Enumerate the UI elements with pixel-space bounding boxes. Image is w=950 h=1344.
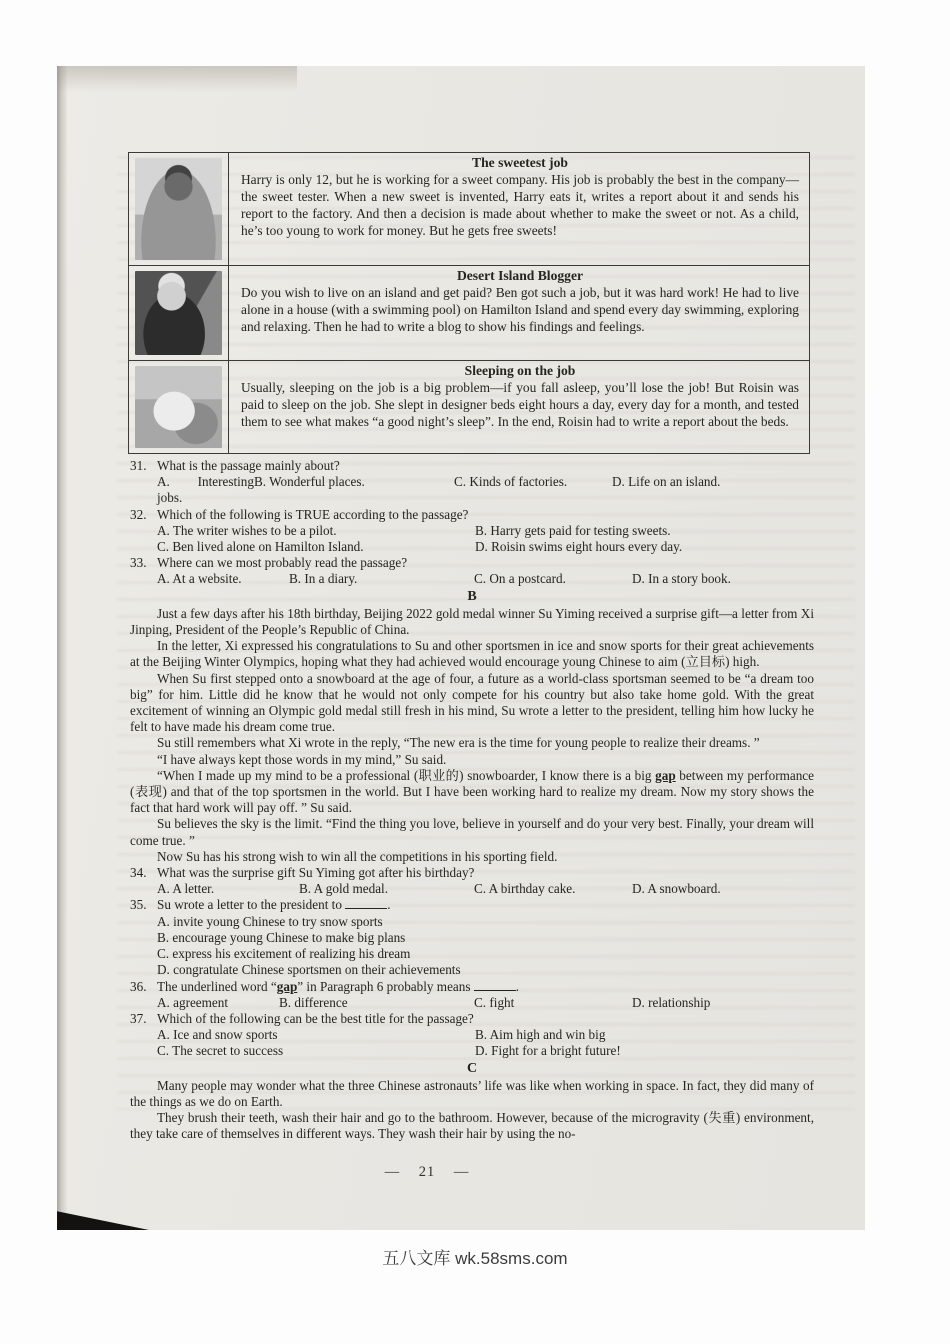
question-options: A. Ice and snow sports B. Aim high and w…: [130, 1027, 814, 1059]
blond-blogger-photo: [135, 271, 222, 355]
paragraph-text: “When I made up my mind to be a professi…: [157, 768, 655, 783]
option-d: D. In a story book.: [632, 571, 814, 587]
question-text: ” in Paragraph 6 probably means: [297, 979, 474, 994]
question-text: .: [387, 897, 390, 912]
option-b: B. Harry gets paid for testing sweets.: [475, 523, 814, 539]
table-text-cell: The sweetest job Harry is only 12, but h…: [229, 153, 809, 265]
question-stem: 33.Where can we most probably read the p…: [130, 555, 814, 571]
passage-b-paragraph: In the letter, Xi expressed his congratu…: [130, 638, 814, 670]
watermark-footer: 五八文库 wk.58sms.com: [0, 1244, 950, 1269]
question-number: 36.: [130, 979, 157, 995]
option-a: A. Interesting jobs.: [157, 474, 254, 506]
page-left-edge: [57, 66, 67, 1230]
underlined-word-gap: gap: [655, 768, 676, 783]
job-description: Harry is only 12, but he is working for …: [241, 172, 799, 240]
option-b: B. encourage young Chinese to make big p…: [157, 930, 814, 946]
question-text: Which of the following is TRUE according…: [157, 507, 468, 522]
passage-b-paragraph: Just a few days after his 18th birthday,…: [130, 606, 814, 638]
question-options: A. A letter. B. A gold medal. C. A birth…: [130, 881, 814, 897]
question-stem: 37.Which of the following can be the bes…: [130, 1011, 814, 1027]
option-a: A. agreement: [157, 995, 279, 1011]
question-31: 31.What is the passage mainly about? A. …: [130, 458, 814, 507]
table-row-island-blogger: Desert Island Blogger Do you wish to liv…: [129, 266, 809, 361]
job-description: Do you wish to live on an island and get…: [241, 285, 799, 336]
question-text: Where can we most probably read the pass…: [157, 555, 407, 570]
option-a: A. At a website.: [157, 571, 289, 587]
passage-c-paragraph: Many people may wonder what the three Ch…: [130, 1078, 814, 1110]
option-d: D. Roisin swims eight hours every day.: [475, 539, 814, 555]
passage-b-paragraph: Su still remembers what Xi wrote in the …: [130, 735, 814, 751]
job-title: Desert Island Blogger: [241, 267, 799, 285]
section-b-label: B: [130, 589, 814, 605]
question-number: 33.: [130, 555, 157, 571]
table-image-cell: [129, 153, 229, 265]
question-text: .: [516, 979, 519, 994]
question-stem: 36.The underlined word “gap” in Paragrap…: [130, 979, 814, 995]
question-stem: 34.What was the surprise gift Su Yiming …: [130, 865, 814, 881]
option-d: D. relationship: [632, 995, 814, 1011]
question-36: 36.The underlined word “gap” in Paragrap…: [130, 979, 814, 1011]
option-d: D. A snowboard.: [632, 881, 814, 897]
table-text-cell: Sleeping on the job Usually, sleeping on…: [229, 361, 809, 453]
option-c: C. On a postcard.: [474, 571, 632, 587]
table-row-sleeping-job: Sleeping on the job Usually, sleeping on…: [129, 361, 809, 453]
table-text-cell: Desert Island Blogger Do you wish to liv…: [229, 266, 809, 360]
table-row-sweetest-job: The sweetest job Harry is only 12, but h…: [129, 153, 809, 266]
option-a: A. A letter.: [157, 881, 299, 897]
option-d: D. Life on an island.: [612, 474, 814, 506]
passage-b-paragraph: Su believes the sky is the limit. “Find …: [130, 816, 814, 848]
exam-body: 31.What is the passage mainly about? A. …: [130, 458, 814, 1143]
page-top-shadow: [57, 66, 297, 92]
question-stem: 32.Which of the following is TRUE accord…: [130, 507, 814, 523]
option-a: A. invite young Chinese to try snow spor…: [157, 914, 814, 930]
table-image-cell: [129, 361, 229, 453]
option-c: C. Ben lived alone on Hamilton Island.: [157, 539, 475, 555]
passage-b-paragraph: Now Su has his strong wish to win all th…: [130, 849, 814, 865]
question-options: A. The writer wishes to be a pilot. B. H…: [130, 523, 814, 555]
job-title: The sweetest job: [241, 154, 799, 172]
job-title: Sleeping on the job: [241, 362, 799, 380]
question-37: 37.Which of the following can be the bes…: [130, 1011, 814, 1060]
question-stem: 31.What is the passage mainly about?: [130, 458, 814, 474]
jobs-table: The sweetest job Harry is only 12, but h…: [128, 152, 810, 454]
question-32: 32.Which of the following is TRUE accord…: [130, 507, 814, 556]
option-b: B. Wonderful places.: [254, 474, 454, 506]
bottom-corner-shadow: [57, 1208, 149, 1230]
option-b: B. Aim high and win big: [475, 1027, 814, 1043]
person-sleeping-photo: [135, 366, 222, 448]
section-c-label: C: [130, 1061, 814, 1077]
option-b: B. difference: [279, 995, 474, 1011]
passage-b-paragraph: When Su first stepped onto a snowboard a…: [130, 671, 814, 736]
question-options: A. invite young Chinese to try snow spor…: [130, 914, 814, 979]
option-d: D. congratulate Chinese sportsmen on the…: [157, 962, 814, 978]
question-options: A. agreement B. difference C. fight D. r…: [130, 995, 814, 1011]
option-c: C. A birthday cake.: [474, 881, 632, 897]
answer-blank: [474, 980, 516, 991]
option-b: B. In a diary.: [289, 571, 474, 587]
question-text: Which of the following can be the best t…: [157, 1011, 474, 1026]
option-c: C. Kinds of factories.: [454, 474, 612, 506]
question-text: What is the passage mainly about?: [157, 458, 340, 473]
job-description: Usually, sleeping on the job is a big pr…: [241, 380, 799, 431]
question-number: 37.: [130, 1011, 157, 1027]
question-stem: 35.Su wrote a letter to the president to…: [130, 897, 814, 913]
question-33: 33.Where can we most probably read the p…: [130, 555, 814, 587]
option-a: A. The writer wishes to be a pilot.: [157, 523, 475, 539]
scanned-exam-page: The sweetest job Harry is only 12, but h…: [0, 0, 950, 1344]
question-options: A. Interesting jobs. B. Wonderful places…: [130, 474, 814, 506]
question-34: 34.What was the surprise gift Su Yiming …: [130, 865, 814, 897]
option-c: C. express his excitement of realizing h…: [157, 946, 814, 962]
question-number: 31.: [130, 458, 157, 474]
page-number: — 21 —: [57, 1164, 797, 1181]
question-number: 32.: [130, 507, 157, 523]
option-d: D. Fight for a bright future!: [475, 1043, 814, 1059]
answer-blank: [345, 898, 387, 909]
option-c: C. fight: [474, 995, 632, 1011]
question-number: 34.: [130, 865, 157, 881]
question-35: 35.Su wrote a letter to the president to…: [130, 897, 814, 978]
question-text: What was the surprise gift Su Yiming got…: [157, 865, 474, 880]
option-c: C. The secret to success: [157, 1043, 475, 1059]
question-text: Su wrote a letter to the president to: [157, 897, 345, 912]
boy-with-sweets-photo: [135, 158, 222, 260]
book-page: The sweetest job Harry is only 12, but h…: [57, 66, 865, 1230]
option-a: A. Ice and snow sports: [157, 1027, 475, 1043]
table-image-cell: [129, 266, 229, 360]
passage-b-paragraph-6: “When I made up my mind to be a professi…: [130, 768, 814, 817]
question-number: 35.: [130, 897, 157, 913]
passage-b-paragraph: “I have always kept those words in my mi…: [130, 752, 814, 768]
question-text: The underlined word “: [157, 979, 277, 994]
passage-c-paragraph: They brush their teeth, wash their hair …: [130, 1110, 814, 1142]
underlined-word-gap: gap: [277, 979, 298, 994]
option-b: B. A gold medal.: [299, 881, 474, 897]
question-options: A. At a website. B. In a diary. C. On a …: [130, 571, 814, 587]
